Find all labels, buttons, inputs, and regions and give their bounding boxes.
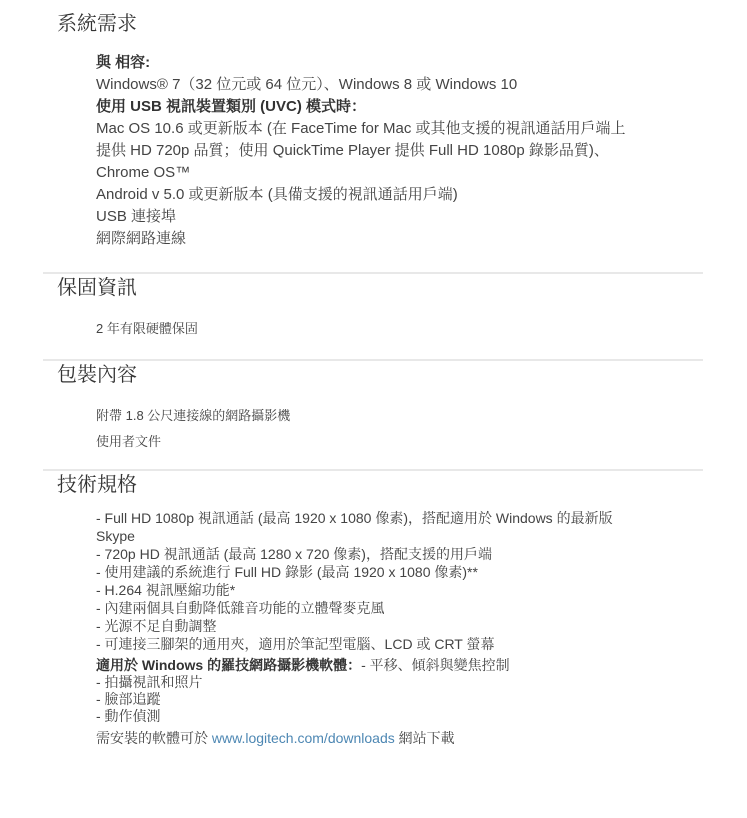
section-warranty: 保固資訊 2 年有限硬體保固 [57,274,737,338]
windows-versions-line: Windows® 7（32 位元或 64 位元）、Windows 8 或 Win… [96,74,737,96]
package-contents-heading: 包裝內容 [57,361,737,389]
spec-line: - 720p HD 視訊通話 (最高 1280 x 720 像素)，搭配支援的用… [96,545,737,563]
software-feature: - 平移、傾斜與變焦控制 [361,657,510,673]
section-system-requirements: 系統需求 與 相容: Windows® 7（32 位元或 64 位元）、Wind… [57,10,737,250]
tech-specs-content: - Full HD 1080p 視訊通話 (最高 1920 x 1080 像素)… [96,509,737,747]
android-line: Android v 5.0 或更新版本 (具備支援的視訊通話用戶端) [96,184,737,206]
spec-list: - Full HD 1080p 視訊通話 (最高 1920 x 1080 像素)… [96,509,737,653]
compatible-with-label: 與 相容: [96,52,737,74]
downloads-link[interactable]: www.logitech.com/downloads [212,730,395,746]
download-note: 需安裝的軟體可於 www.logitech.com/downloads 網站下載 [96,729,737,747]
software-label: 適用於 Windows 的羅技網路攝影機軟體： [96,657,361,673]
download-note-prefix: 需安裝的軟體可於 [96,730,212,746]
chrome-os-line: Chrome OS™ [96,162,737,184]
usb-port-line: USB 連接埠 [96,206,737,228]
spec-line: - 可連接三腳架的通用夾，適用於筆記型電腦、LCD 或 CRT 螢幕 [96,635,737,653]
software-feature: - 臉部追蹤 [96,691,737,708]
warranty-text: 2 年有限硬體保固 [96,320,737,338]
warranty-content: 2 年有限硬體保固 [96,320,737,338]
spec-line: - 光源不足自動調整 [96,617,737,635]
package-contents-content: 附帶 1.8 公尺連接線的網路攝影機 使用者文件 [96,407,737,451]
spec-line: Skype [96,527,737,545]
webcam-software-list: 適用於 Windows 的羅技網路攝影機軟體：- 平移、傾斜與變焦控制 - 拍攝… [96,657,737,725]
system-requirements-heading: 系統需求 [57,10,737,38]
download-note-suffix: 網站下載 [395,730,455,746]
section-package-contents: 包裝內容 附帶 1.8 公尺連接線的網路攝影機 使用者文件 [57,361,737,451]
mac-os-line-1: Mac OS 10.6 或更新版本 (在 FaceTime for Mac 或其… [96,118,737,140]
internet-line: 網際網路連線 [96,228,737,250]
system-requirements-content: 與 相容: Windows® 7（32 位元或 64 位元）、Windows 8… [96,52,737,250]
tech-specs-heading: 技術規格 [57,471,737,499]
spec-line: - Full HD 1080p 視訊通話 (最高 1920 x 1080 像素)… [96,509,737,527]
software-heading-line: 適用於 Windows 的羅技網路攝影機軟體：- 平移、傾斜與變焦控制 [96,657,737,674]
product-details-page: 系統需求 與 相容: Windows® 7（32 位元或 64 位元）、Wind… [0,0,747,747]
warranty-heading: 保固資訊 [57,274,737,302]
package-item: 使用者文件 [96,433,737,451]
software-feature: - 動作偵測 [96,708,737,725]
spec-line: - 內建兩個具自動降低雜音功能的立體聲麥克風 [96,599,737,617]
spec-line: - 使用建議的系統進行 Full HD 錄影 (最高 1920 x 1080 像… [96,563,737,581]
package-item: 附帶 1.8 公尺連接線的網路攝影機 [96,407,737,425]
uvc-mode-label: 使用 USB 視訊裝置類別 (UVC) 模式時： [96,96,737,118]
software-feature: - 拍攝視訊和照片 [96,674,737,691]
section-tech-specs: 技術規格 - Full HD 1080p 視訊通話 (最高 1920 x 108… [57,471,737,747]
spec-line: - H.264 視訊壓縮功能* [96,581,737,599]
mac-os-line-2: 提供 HD 720p 品質；使用 QuickTime Player 提供 Ful… [96,140,737,162]
